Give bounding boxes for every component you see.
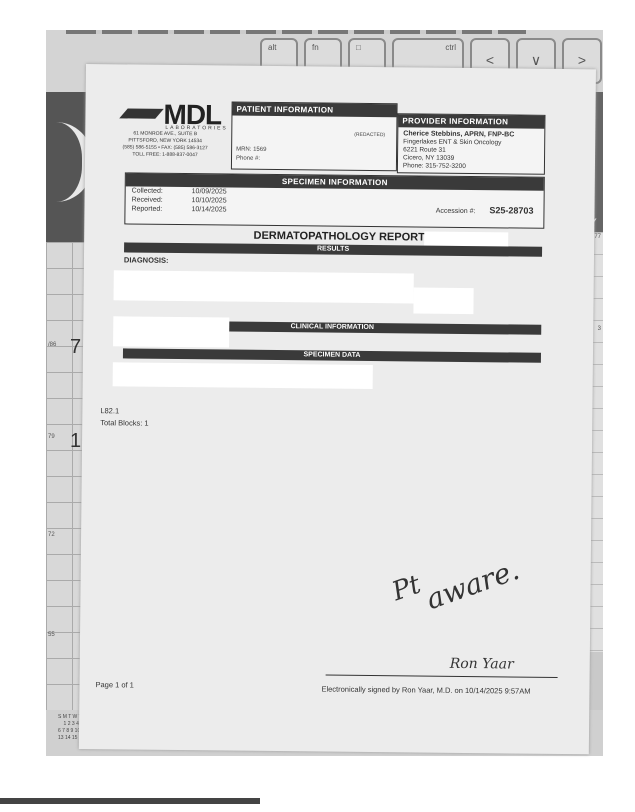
planner-small-text: 72 <box>48 532 55 538</box>
total-blocks: Total Blocks: 1 <box>100 418 148 428</box>
planner-small-text: 55 <box>48 632 55 638</box>
reported-date: 10/14/2025 <box>191 206 226 213</box>
collected-label: Collected: <box>132 187 163 194</box>
provider-details: Cherice Stebbins, APRN, FNP-BC Fingerlak… <box>398 127 544 175</box>
key-label: □ <box>356 43 361 52</box>
specimen-info-header: SPECIMEN INFORMATION <box>126 173 544 190</box>
planner-small-text: 79 <box>48 434 55 440</box>
redaction-box <box>113 316 229 347</box>
specimen-info-box: SPECIMEN INFORMATION Collected: 10/09/20… <box>124 172 545 228</box>
patient-info-box: PATIENT INFORMATION (REDACTED) MRN: 1569… <box>231 102 398 172</box>
handwritten-signature: Ron Yaar <box>450 656 514 673</box>
patient-info-header: PATIENT INFORMATION <box>232 103 396 118</box>
received-date: 10/10/2025 <box>192 197 227 204</box>
planner-small-text: /86 <box>48 342 56 348</box>
lab-address: 61 MONROE AVE., SUITE B PITTSFORD, NEW Y… <box>105 130 225 159</box>
patient-redacted-field: (REDACTED) <box>354 132 385 138</box>
icd-code: L82.1 <box>100 406 119 415</box>
handwritten-note: Pt <box>388 570 424 608</box>
planner-number: 7 <box>70 336 81 359</box>
left-photo-strip <box>46 92 86 242</box>
page-number: Page 1 of 1 <box>95 680 133 689</box>
patient-phone: Phone #: <box>236 156 260 162</box>
logo-mark-icon <box>119 108 163 118</box>
key-label: alt <box>268 43 276 52</box>
chevron-left-icon: < <box>486 52 494 68</box>
chevron-down-icon: ∨ <box>531 52 541 68</box>
collected-date: 10/09/2025 <box>192 188 227 195</box>
redaction-box <box>424 232 508 247</box>
planner-small-text: 3 <box>598 326 601 332</box>
reported-label: Reported: <box>131 205 162 212</box>
provider-info-box: PROVIDER INFORMATION Cherice Stebbins, A… <box>397 113 546 175</box>
planner-number: 1 <box>70 430 81 453</box>
pathology-report-page: MDL LABORATORIES 61 MONROE AVE., SUITE B… <box>79 64 596 754</box>
provider-phone: Phone: 315-752-3200 <box>403 162 539 171</box>
redaction-box <box>114 270 414 303</box>
specimen-data-header: SPECIMEN DATA <box>123 348 541 362</box>
scan-edge <box>0 798 260 804</box>
redaction-box <box>113 362 373 389</box>
received-label: Received: <box>132 196 163 203</box>
accession-number: S25-28703 <box>489 205 533 215</box>
patient-mrn: MRN: 1569 <box>236 147 266 153</box>
lab-logo: MDL LABORATORIES <box>124 104 224 105</box>
keyboard-top-row <box>66 30 526 34</box>
diagnosis-label: DIAGNOSIS: <box>124 255 169 264</box>
key-label: fn <box>312 43 319 52</box>
redaction-box <box>413 287 473 314</box>
chevron-right-icon: > <box>578 52 586 68</box>
address-line: TOLL FREE: 1-888-837-0047 <box>105 151 225 159</box>
signature-line <box>326 675 558 678</box>
accession: Accession #:S25-28703 <box>436 205 534 216</box>
handwritten-note: aware. <box>422 553 524 616</box>
key-label: ctrl <box>445 43 456 52</box>
electronic-signature: Electronically signed by Ron Yaar, M.D. … <box>321 685 530 696</box>
accession-label: Accession #: <box>436 208 476 215</box>
provider-name: Cherice Stebbins, APRN, FNP-BC <box>403 130 514 138</box>
